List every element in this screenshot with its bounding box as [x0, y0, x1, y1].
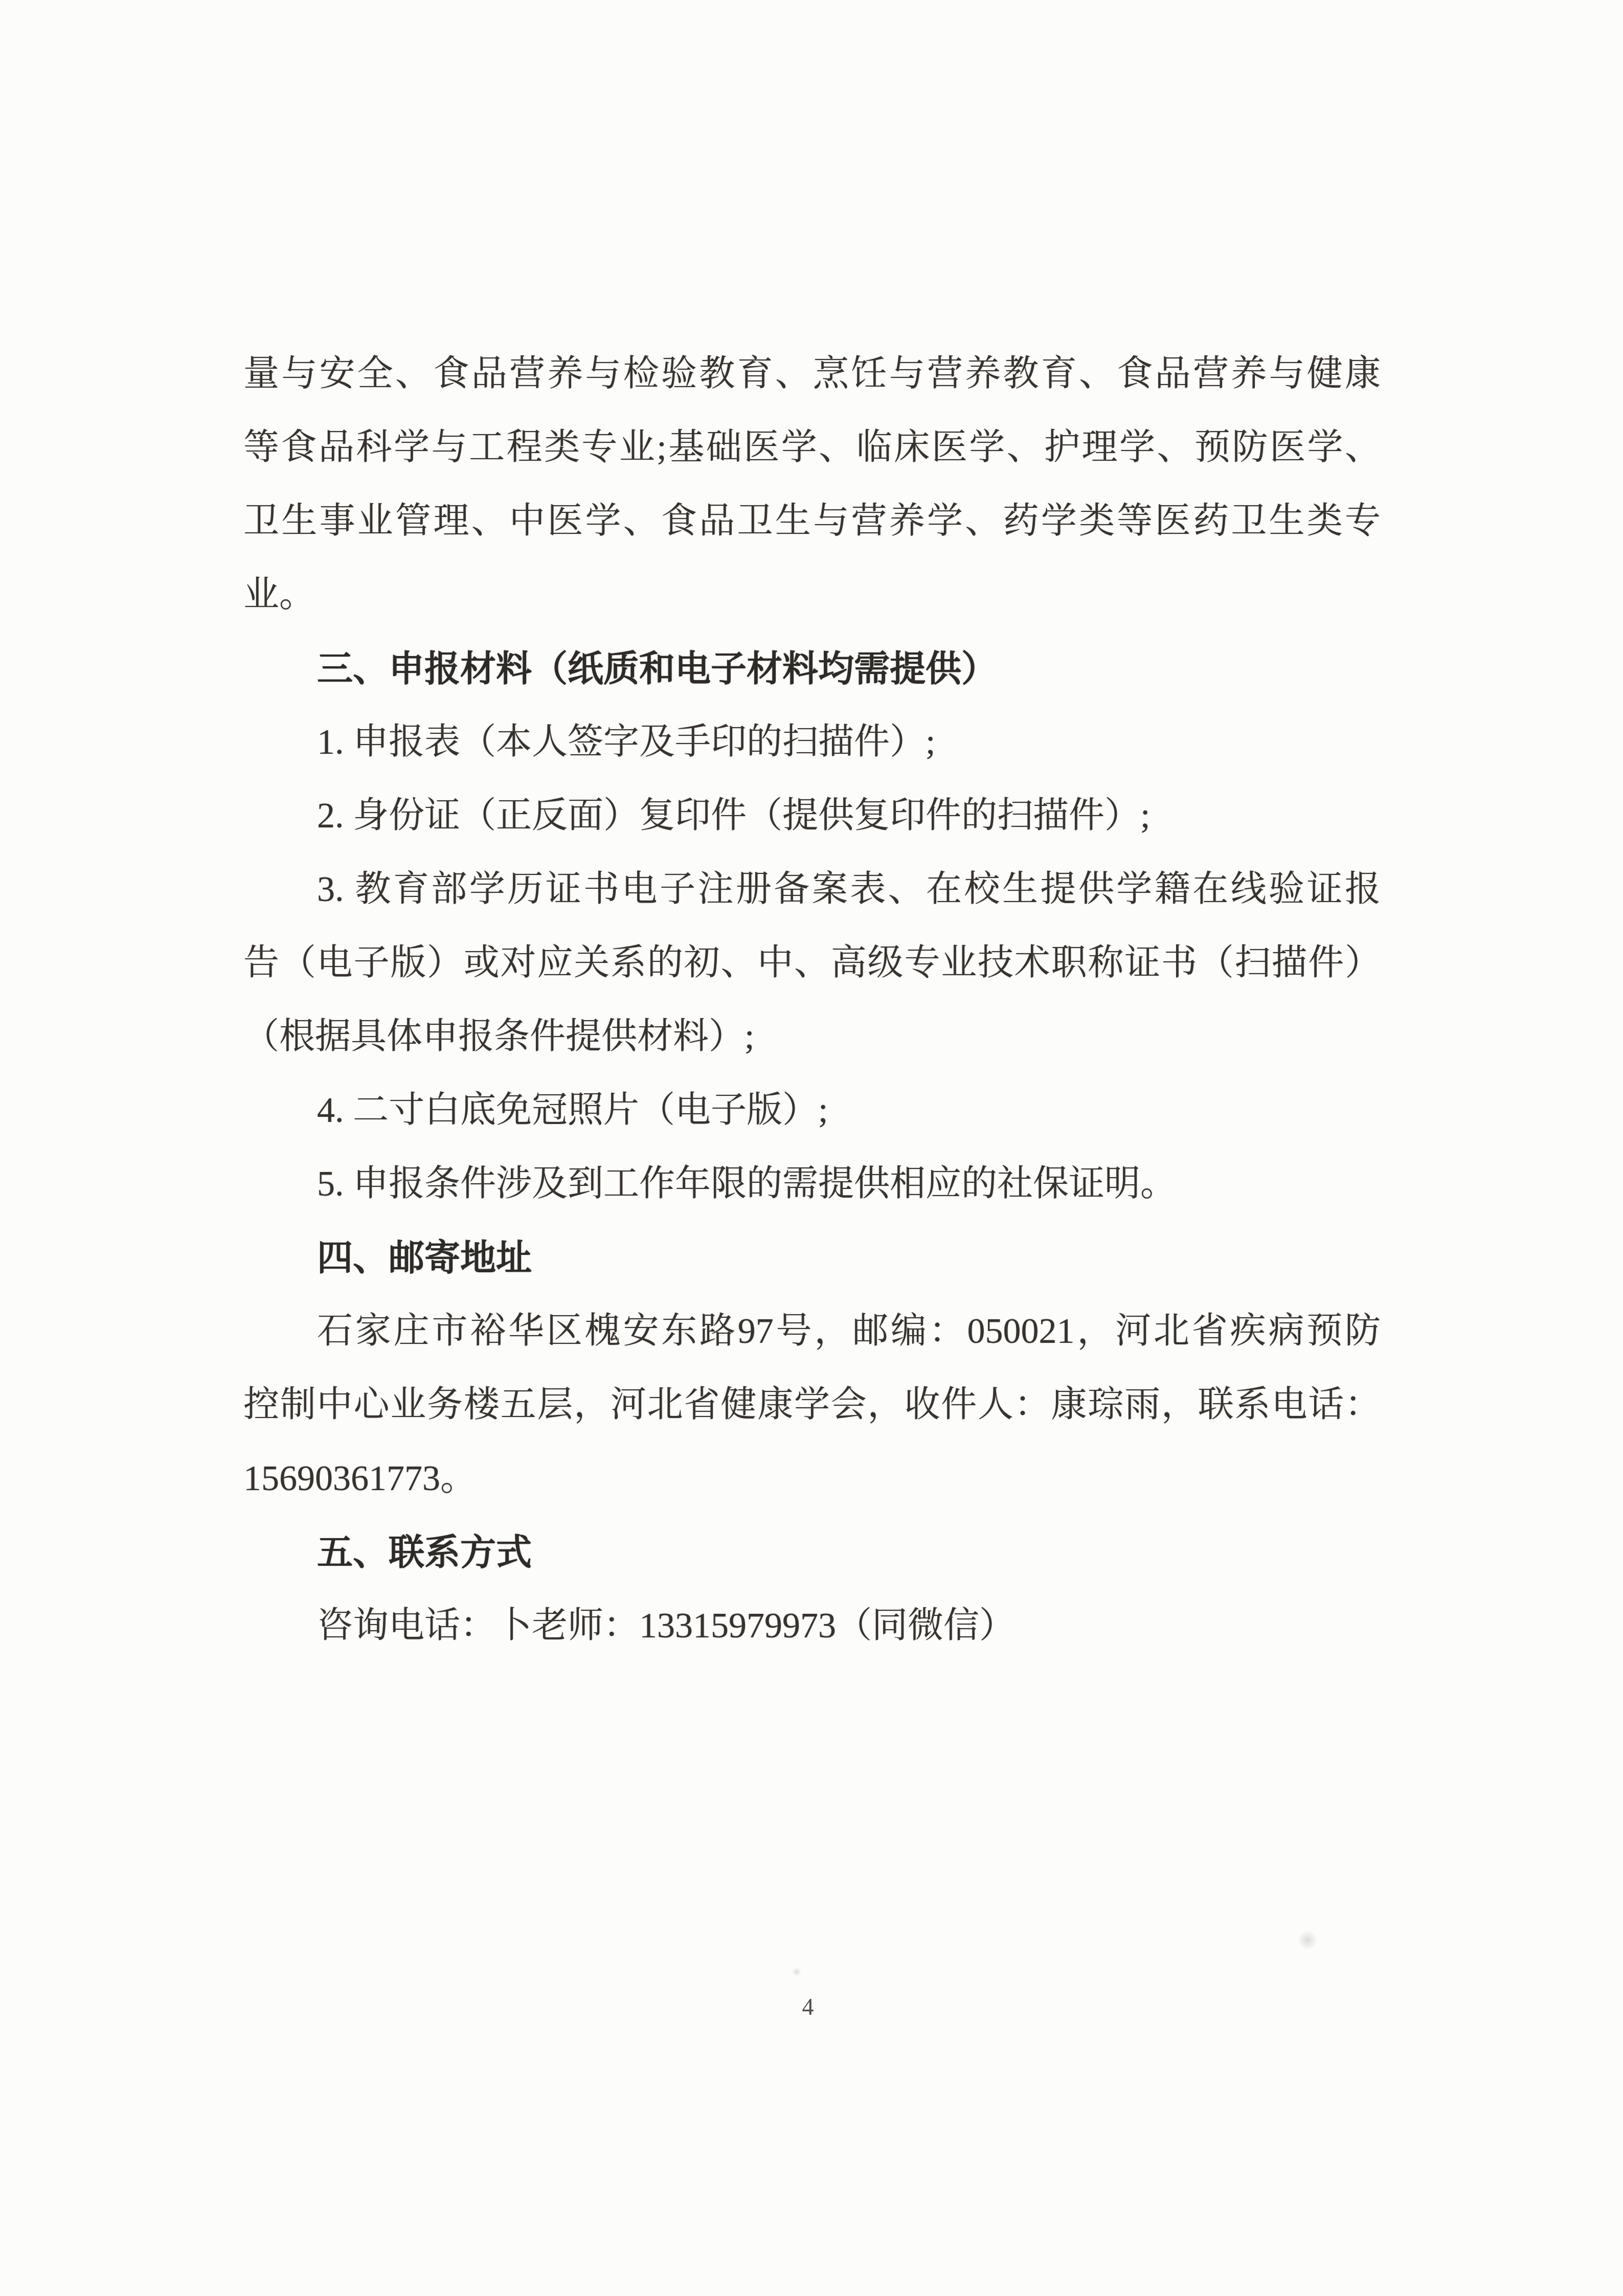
section-heading-contact-info: 五、联系方式: [243, 1516, 1381, 1589]
section-heading-mailing-address: 四、邮寄地址: [243, 1221, 1381, 1295]
scanned-document-page: 量与安全、食品营养与检验教育、烹饪与营养教育、食品营养与健康 等食品科学与工程类…: [0, 0, 1623, 2296]
document-text-block: 量与安全、食品营养与检验教育、烹饪与营养教育、食品营养与健康 等食品科学与工程类…: [243, 337, 1381, 1663]
paragraph-address-line-2: 控制中心业务楼五层，河北省健康学会，收件人：康琮雨，联系电话：: [243, 1368, 1381, 1442]
list-item-3-line-1: 3. 教育部学历证书电子注册备案表、在校生提供学籍在线验证报: [243, 853, 1381, 927]
list-item-2-id-card: 2. 身份证（正反面）复印件（提供复印件的扫描件）;: [243, 779, 1381, 853]
list-item-3-line-2: 告（电子版）或对应关系的初、中、高级专业技术职称证书（扫描件）: [243, 927, 1381, 1000]
paragraph-majors-line-3: 卫生事业管理、中医学、食品卫生与营养学、药学类等医药卫生类专: [243, 485, 1381, 558]
page-number: 4: [0, 1993, 1616, 2020]
list-item-1-application-form: 1. 申报表（本人签字及手印的扫描件）;: [243, 706, 1381, 779]
paragraph-majors-line-4: 业。: [243, 558, 1381, 632]
scan-smudge: [1297, 1931, 1318, 1949]
paragraph-majors-line-2: 等食品科学与工程类专业;基础医学、临床医学、护理学、预防医学、: [243, 411, 1381, 485]
scan-smudge: [792, 1968, 802, 1976]
section-heading-application-materials: 三、申报材料（纸质和电子材料均需提供）: [243, 632, 1381, 706]
paragraph-address-line-3-phone: 15690361773。: [243, 1442, 1381, 1516]
paragraph-inquiry-phone: 咨询电话：卜老师：13315979973（同微信）: [243, 1589, 1381, 1663]
paragraph-address-line-1: 石家庄市裕华区槐安东路97号，邮编：050021，河北省疾病预防: [243, 1295, 1381, 1368]
paragraph-majors-line-1: 量与安全、食品营养与检验教育、烹饪与营养教育、食品营养与健康: [243, 337, 1381, 411]
list-item-4-photo: 4. 二寸白底免冠照片（电子版）;: [243, 1074, 1381, 1147]
list-item-3-line-3: （根据具体申报条件提供材料）;: [243, 1000, 1381, 1074]
list-item-5-social-security: 5. 申报条件涉及到工作年限的需提供相应的社保证明。: [243, 1147, 1381, 1221]
